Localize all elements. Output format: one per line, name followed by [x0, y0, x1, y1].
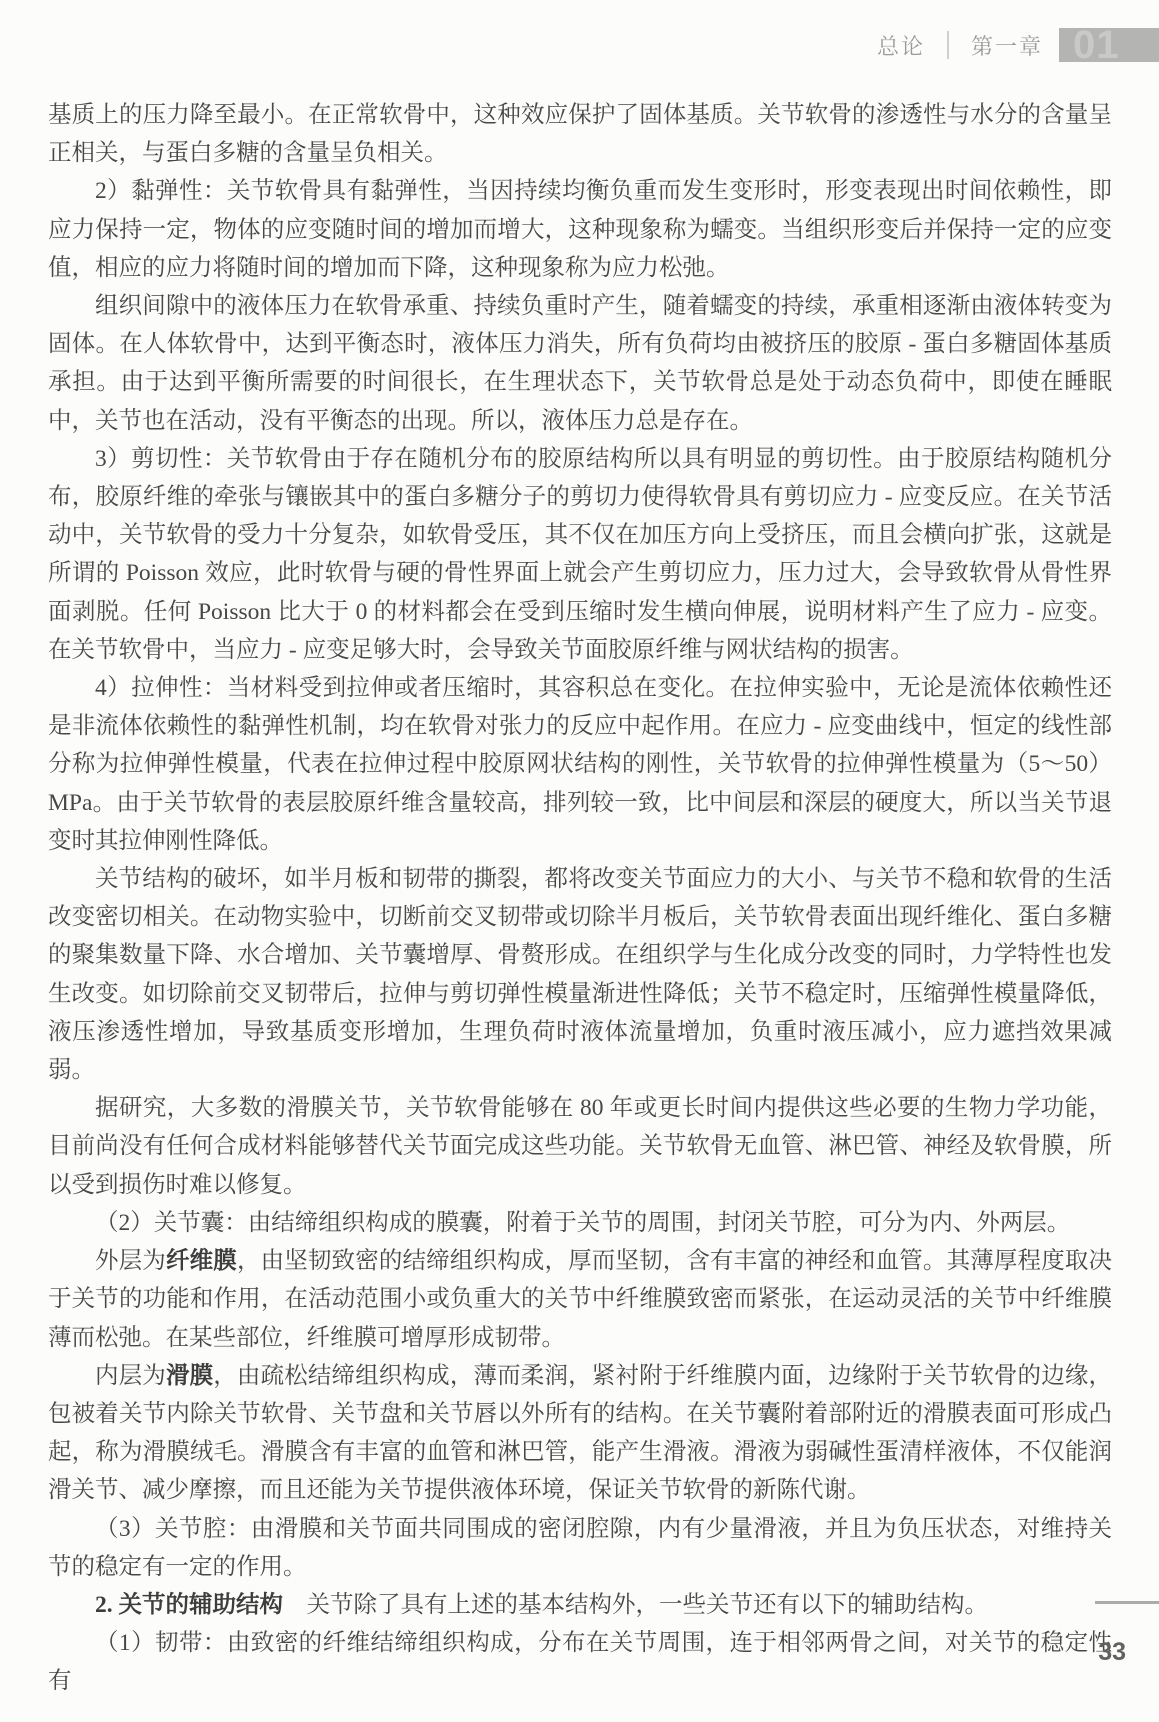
text-segment: 据研究，大多数的滑膜关节，关节软骨能够在 80 年或更长时间内提供这些必要的生物… — [48, 1095, 1112, 1197]
paragraph: 2. 关节的辅助结构 关节除了具有上述的基本结构外，一些关节还有以下的辅助结构。 — [48, 1586, 1112, 1624]
text-segment: 内层为 — [95, 1363, 166, 1389]
chapter-number: 01 — [1059, 28, 1120, 62]
text-segment: 2）黏弹性：关节软骨具有黏弹性，当因持续均衡负重而发生变形时，形变表现出时间依赖… — [48, 178, 1112, 280]
paragraph: （3）关节腔：由滑膜和关节面共同围成的密闭腔隙，内有少量滑液，并且为负压状态，对… — [48, 1510, 1112, 1586]
header-divider — [947, 31, 949, 59]
text-segment: 4）拉伸性：当材料受到拉伸或者压缩时，其容积总在变化。在拉伸实验中，无论是流体依… — [48, 675, 1112, 854]
text-segment: 基质上的压力降至最小。在正常软骨中，这种效应保护了固体基质。关节软骨的渗透性与水… — [48, 102, 1112, 166]
paragraph: 外层为纤维膜，由坚韧致密的结缔组织构成，厚而坚韧，含有丰富的神经和血管。其薄厚程… — [48, 1242, 1112, 1357]
text-segment: 关节结构的破坏，如半月板和韧带的撕裂，都将改变关节面应力的大小、与关节不稳和软骨… — [48, 866, 1112, 1083]
paragraph: 基质上的压力降至最小。在正常软骨中，这种效应保护了固体基质。关节软骨的渗透性与水… — [48, 96, 1112, 172]
paragraph: 3）剪切性：关节软骨由于存在随机分布的胶原结构所以具有明显的剪切性。由于胶原结构… — [48, 440, 1112, 669]
paragraph: 组织间隙中的液体压力在软骨承重、持续负重时产生，随着蠕变的持续，承重相逐渐由液体… — [48, 287, 1112, 440]
section-label: 总论 — [877, 30, 925, 61]
paragraph: （2）关节囊：由结缔组织构成的膜囊，附着于关节的周围，封闭关节腔，可分为内、外两… — [48, 1204, 1112, 1242]
page-number: 33 — [1098, 1638, 1126, 1667]
paragraph: 2）黏弹性：关节软骨具有黏弹性，当因持续均衡负重而发生变形时，形变表现出时间依赖… — [48, 172, 1112, 287]
paragraph: 4）拉伸性：当材料受到拉伸或者压缩时，其容积总在变化。在拉伸实验中，无论是流体依… — [48, 669, 1112, 860]
paragraph: 内层为滑膜，由疏松结缔组织构成，薄而柔润，紧衬附于纤维膜内面，边缘附于关节软骨的… — [48, 1357, 1112, 1510]
running-header: 总论 第一章 01 — [877, 26, 1159, 64]
scan-margin-line — [1095, 1601, 1159, 1604]
text-segment: 外层为 — [95, 1248, 166, 1274]
paragraph: 据研究，大多数的滑膜关节，关节软骨能够在 80 年或更长时间内提供这些必要的生物… — [48, 1089, 1112, 1204]
chapter-label: 第一章 — [971, 30, 1043, 61]
paragraph: 关节结构的破坏，如半月板和韧带的撕裂，都将改变关节面应力的大小、与关节不稳和软骨… — [48, 860, 1112, 1089]
text-segment: 纤维膜 — [166, 1248, 237, 1274]
text-segment: 2. 关节的辅助结构 — [95, 1592, 283, 1618]
text-segment: （3）关节腔：由滑膜和关节面共同围成的密闭腔隙，内有少量滑液，并且为负压状态，对… — [48, 1516, 1112, 1580]
text-segment: 滑膜 — [166, 1363, 213, 1389]
text-segment: 关节除了具有上述的基本结构外，一些关节还有以下的辅助结构。 — [283, 1592, 988, 1618]
text-segment: （2）关节囊：由结缔组织构成的膜囊，附着于关节的周围，封闭关节腔，可分为内、外两… — [95, 1210, 1070, 1236]
text-segment: 组织间隙中的液体压力在软骨承重、持续负重时产生，随着蠕变的持续，承重相逐渐由液体… — [48, 293, 1112, 434]
book-page: 总论 第一章 01 基质上的压力降至最小。在正常软骨中，这种效应保护了固体基质。… — [0, 0, 1159, 1722]
text-segment: （1）韧带：由致密的纤维结缔组织构成，分布在关节周围，连于相邻两骨之间，对关节的… — [48, 1630, 1112, 1694]
text-body: 基质上的压力降至最小。在正常软骨中，这种效应保护了固体基质。关节软骨的渗透性与水… — [48, 96, 1112, 1701]
paragraph: （1）韧带：由致密的纤维结缔组织构成，分布在关节周围，连于相邻两骨之间，对关节的… — [48, 1624, 1112, 1700]
text-segment: 3）剪切性：关节软骨由于存在随机分布的胶原结构所以具有明显的剪切性。由于胶原结构… — [48, 446, 1112, 663]
chapter-number-badge: 01 — [1059, 28, 1159, 62]
